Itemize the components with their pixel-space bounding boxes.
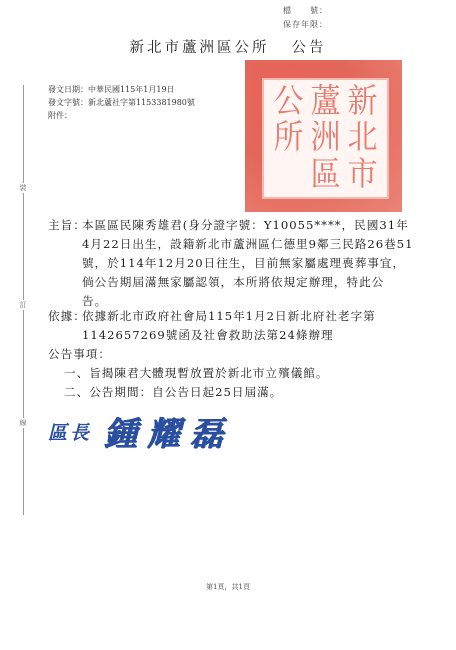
seal-char: 蘆 — [307, 82, 344, 122]
subject-line: 倘公告期屆滿無家屬認領，本所將依規定辦理，特此公 — [82, 273, 422, 292]
notice-label: 公告事項： — [48, 345, 111, 364]
seal-inner: 新 北 市 蘆 洲 區 公 所 — [262, 78, 389, 199]
issue-number-row: 發文字號：新北蘆社字第1153381980號 — [48, 96, 195, 109]
signature-name: 鍾耀磊 — [104, 414, 233, 453]
basis-text: 依據新北市政府社會局115年1月2日新北府社老字第 1142657269號函及社… — [82, 307, 422, 345]
subject-line: 4月22日出生，設籍新北市蘆洲區仁德里9鄰三民路26巷51 — [82, 235, 422, 254]
page-title: 新北市蘆洲區公所公告 — [0, 36, 456, 57]
signature-title: 區長 — [48, 422, 92, 444]
attachment-label: 附件： — [48, 111, 72, 120]
basis-line: 1142657269號函及社會救助法第24條辦理 — [82, 326, 422, 345]
issue-info: 發文日期：中華民國115年1月19日 發文字號：新北蘆社字第1153381980… — [48, 83, 195, 122]
attachment-row: 附件： — [48, 109, 195, 122]
seal-char: 所 — [270, 119, 307, 159]
seal-char: 北 — [344, 119, 381, 159]
seal-characters: 新 北 市 蘆 洲 區 公 所 — [270, 84, 381, 193]
binding-mark-ding: 訂 — [17, 300, 29, 310]
signature: 區長 鍾耀磊 — [48, 408, 233, 455]
basis-label: 依據： — [48, 307, 86, 326]
title-org: 新北市蘆洲區公所 — [130, 40, 270, 56]
page-footer: 第1頁，共1頁 — [0, 582, 456, 592]
subject-text: 本區區民陳秀雄君(身分證字號：Y10055****，民國31年 4月22日出生，… — [82, 216, 422, 311]
issue-date-row: 發文日期：中華民國115年1月19日 — [48, 83, 195, 96]
notice-item: 一、旨揭陳君大體現暫放置於新北市立殯儀館。 — [64, 364, 328, 383]
subject-line: 號，於114年12月20日往生，目前無家屬處理喪葬事宜， — [82, 254, 422, 273]
seal-char: 新 — [344, 82, 381, 122]
issue-date-value: 中華民國115年1月19日 — [88, 85, 175, 94]
issue-number-value: 新北蘆社字第1153381980號 — [88, 98, 195, 107]
basis-line: 依據新北市政府社會局115年1月2日新北府社老字第 — [82, 307, 422, 326]
seal-char — [270, 155, 307, 195]
seal-char: 區 — [307, 155, 344, 195]
title-type: 公告 — [292, 40, 327, 56]
retention-period-label: 保存年限： — [283, 18, 328, 32]
official-seal: 新 北 市 蘆 洲 區 公 所 — [245, 60, 402, 212]
notice-items: 一、旨揭陳君大體現暫放置於新北市立殯儀館。 二、公告期間：自公告日起25日屆滿。 — [64, 364, 328, 402]
archive-number-label: 檔 號： — [283, 4, 328, 18]
seal-char: 市 — [344, 155, 381, 195]
subject-line: 本區區民陳秀雄君(身分證字號：Y10055****，民國31年 — [82, 216, 422, 235]
notice-item: 二、公告期間：自公告日起25日屆滿。 — [64, 383, 328, 402]
seal-char: 公 — [270, 82, 307, 122]
binding-mark-zhuang: 裝 — [17, 183, 29, 193]
subject-label: 主旨： — [48, 216, 86, 235]
seal-char: 洲 — [307, 119, 344, 159]
binding-mark-xian: 線 — [17, 418, 29, 428]
issue-number-label: 發文字號： — [48, 98, 88, 107]
issue-date-label: 發文日期： — [48, 85, 88, 94]
